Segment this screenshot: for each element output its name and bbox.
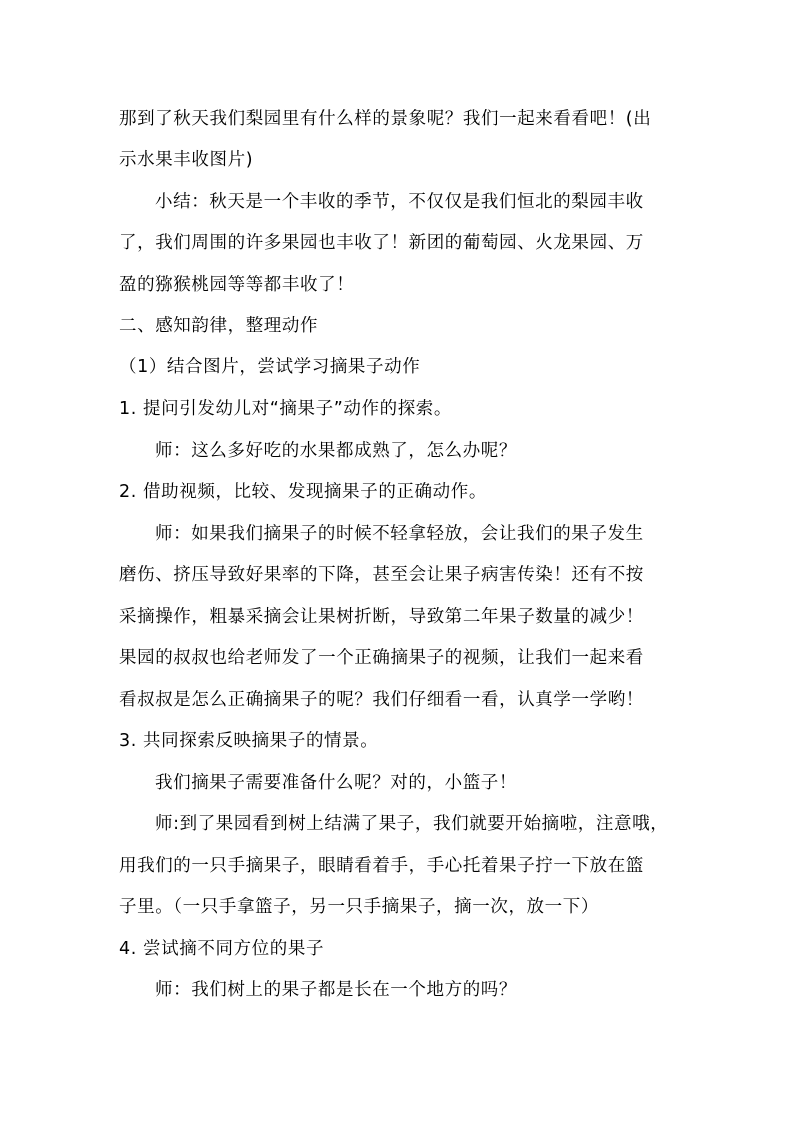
step-heading-3: 3. 共同探索反映摘果子的情景。 <box>119 730 378 752</box>
teacher-line: 师：如果我们摘果子的时候不轻拿轻放，会让我们的果子发生 <box>155 523 644 545</box>
step-heading-1: 1. 提问引发幼儿对“摘果子”动作的探索。 <box>119 398 452 420</box>
teacher-line: 师：这么多好吃的水果都成熟了，怎么办呢？ <box>155 440 517 462</box>
paragraph-line: 果园的叔叔也给老师发了一个正确摘果子的视频，让我们一起来看 <box>119 647 644 669</box>
paragraph-line: 用我们的一只手摘果子，眼睛看着手，手心托着果子拧一下放在篮 <box>119 855 644 877</box>
paragraph-line: 我们摘果子需要准备什么呢？对的，小篮子！ <box>155 772 517 794</box>
paragraph-line: 看叔叔是怎么正确摘果子的呢？我们仔细看一看，认真学一学哟！ <box>119 689 644 711</box>
section-heading: 二、感知韵律，整理动作 <box>119 315 318 337</box>
paragraph-line: 磨伤、挤压导致好果率的下降，甚至会让果子病害传染！还有不按 <box>119 564 644 586</box>
teacher-line: 师:到了果园看到树上结满了果子，我们就要开始摘啦，注意哦， <box>155 813 668 835</box>
document-page: 那到了秋天我们梨园里有什么样的景象呢？我们一起来看看吧！(出 示水果丰收图片) … <box>0 0 794 1123</box>
summary-line: 小结：秋天是一个丰收的季节，不仅仅是我们恒北的梨园丰收 <box>155 191 644 213</box>
paragraph-line: 采摘操作，粗暴采摘会让果树折断，导致第二年果子数量的减少！ <box>119 606 644 628</box>
subsection-heading: （1）结合图片，尝试学习摘果子动作 <box>119 356 420 378</box>
step-heading-2: 2. 借助视频，比较、发现摘果子的正确动作。 <box>119 481 487 503</box>
step-heading-4: 4. 尝试摘不同方位的果子 <box>119 938 324 960</box>
teacher-line: 师：我们树上的果子都是长在一个地方的吗？ <box>155 979 517 1001</box>
paragraph-line: 示水果丰收图片) <box>119 149 253 171</box>
paragraph-line: 子里。（一只手拿篮子，另一只手摘果子，摘一次，放一下） <box>119 896 599 918</box>
paragraph-line: 了，我们周围的许多果园也丰收了！新团的葡萄园、火龙果园、万 <box>119 232 644 254</box>
paragraph-line: 盈的猕猴桃园等等都丰收了！ <box>119 274 354 296</box>
paragraph-line: 那到了秋天我们梨园里有什么样的景象呢？我们一起来看看吧！(出 <box>119 108 651 130</box>
